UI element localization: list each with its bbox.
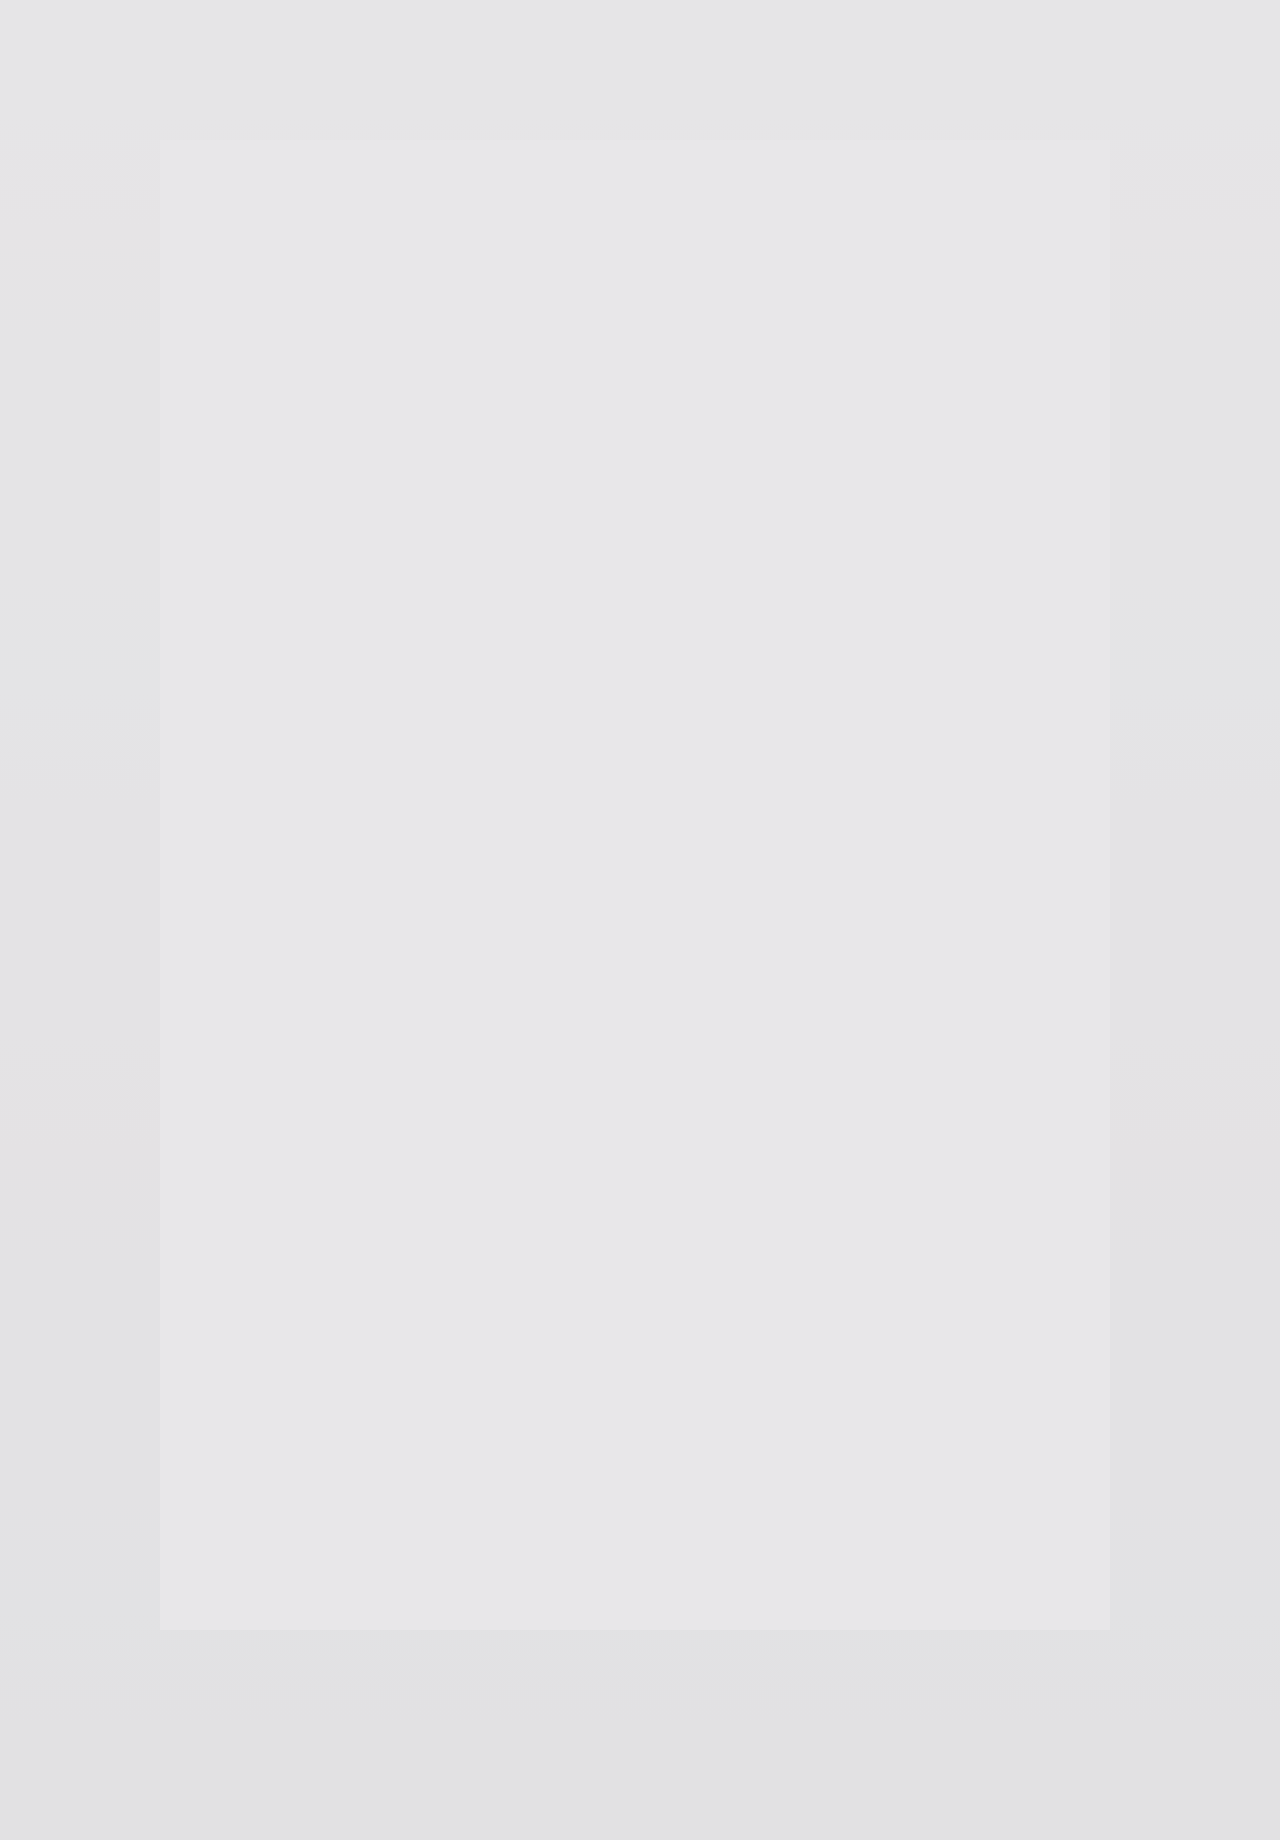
right-lion-border bbox=[1035, 215, 1115, 1565]
book-page bbox=[0, 0, 1280, 1840]
center-lion-border bbox=[590, 218, 680, 1568]
top-lion-border bbox=[165, 148, 1105, 210]
bottom-lion-border bbox=[165, 1576, 1105, 1632]
left-lion-border bbox=[160, 222, 240, 1567]
